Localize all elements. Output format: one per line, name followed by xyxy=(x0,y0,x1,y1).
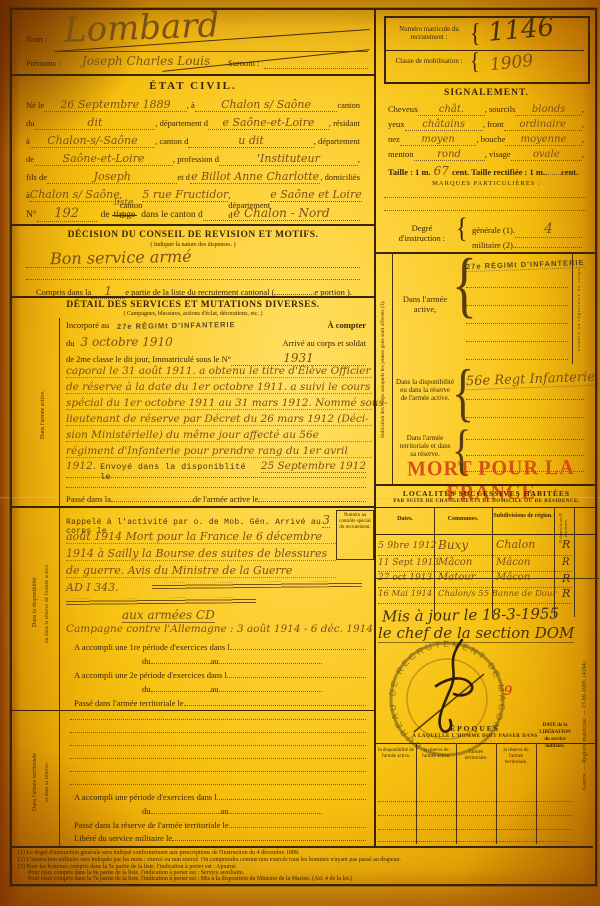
svc-line-3: de 2me classe le dit jour, Immatriculé s… xyxy=(66,351,366,366)
ec-print: , xyxy=(358,154,360,164)
ec-print: , profession d xyxy=(173,154,219,164)
campagne-line: Campagne contre l'Allemagne : 3 août 191… xyxy=(66,623,372,635)
vertical-label-territoriale-2: et dans sa réserve. xyxy=(44,728,50,836)
affect-r2-value: 56e Regt Infanterie xyxy=(466,370,595,390)
sig-print: Cheveux xyxy=(388,104,418,114)
ec-print: , domiciliés xyxy=(320,172,360,182)
blank xyxy=(545,165,561,175)
section-rule xyxy=(376,252,597,254)
sig-hand: ovale xyxy=(511,149,582,161)
blank xyxy=(515,238,582,248)
blank-line xyxy=(26,278,360,280)
footnote-5: Pour ceux compris dans la 7e partie de l… xyxy=(28,876,588,883)
svc-hand: 1931 xyxy=(231,351,366,366)
loc-row-commune: Matour xyxy=(438,572,475,583)
vertical-label-disponibilite: Dans la disponibilité xyxy=(32,522,39,682)
blank-line xyxy=(466,438,584,440)
brace: { xyxy=(470,17,481,48)
p2-print: A accompli une 2e période d'exercices da… xyxy=(74,670,227,680)
section-rule xyxy=(376,484,597,486)
surnom-label: Surnom : xyxy=(228,58,259,68)
sig-print: menton xyxy=(388,149,414,159)
sig-print: , xyxy=(582,149,584,159)
matricule-number-value: 1146 xyxy=(487,12,556,48)
taille-print: cent. xyxy=(561,167,578,177)
ec-line-1: Né le 26 Septembre 1889 , à Chalon s/ Sa… xyxy=(26,98,360,112)
section-rule xyxy=(12,296,374,298)
ec-print: , à xyxy=(187,100,195,110)
sig-line-2: yeux châtains , front ordinaire , xyxy=(388,119,584,131)
tirage-print: N° xyxy=(26,210,37,221)
vertical-label-territoriale: Dans l'armée territoriale xyxy=(32,722,39,842)
mise-a-jour-line-1: Mis à jour le 18-3-1955 xyxy=(382,604,559,625)
ep-col-2: la réserve de l'armée active. xyxy=(417,748,455,760)
svc-hand: 3 octobre 1910 xyxy=(81,335,173,349)
ec-print: de xyxy=(26,154,34,164)
svc-dispo-line: 1912. Envoyé dans la disponiblité le 25 … xyxy=(66,460,366,482)
ec-hand: u dit xyxy=(188,134,313,148)
rappel-hand-line: août 1914 Mort pour la France le 6 décem… xyxy=(66,530,336,544)
marques-label: MARQUES PARTICULIÈRES : xyxy=(376,180,597,187)
crossed-out-text xyxy=(152,581,362,589)
blank xyxy=(184,696,366,706)
sig-hand: châtains xyxy=(405,119,483,131)
sig-hand: blonds xyxy=(515,104,581,116)
localites-title: LOCALITÉS SUCCESSIVES HABITÉES xyxy=(376,489,597,498)
rappel-hand: 3 xyxy=(322,513,330,528)
left-column: Nom : Lombard Prénoms : Joseph Charles L… xyxy=(12,10,374,846)
loc-row-dr: R xyxy=(562,572,570,585)
loc-vline-2 xyxy=(492,507,493,617)
loc-row-line xyxy=(378,554,572,556)
tirage-row: N° 192 de tirage liste dans le canton d … xyxy=(26,206,360,222)
sig-hand: rond xyxy=(414,149,485,161)
loc-row-commune: Mâcon xyxy=(438,557,472,568)
red-registry-mark: 9 xyxy=(504,684,512,699)
matricule-box: Numéro matricule du recrutement : { 1146… xyxy=(384,16,590,84)
blank-line xyxy=(466,358,568,360)
nom-label: Nom : xyxy=(26,34,48,44)
s3-print: A accompli une période d'exercices dans … xyxy=(74,792,217,802)
ep-col-1: la disponibilité de l'armée active. xyxy=(377,748,415,760)
blank xyxy=(217,790,366,800)
blank-line xyxy=(466,398,584,400)
brace: { xyxy=(470,49,480,77)
rappel-hand-line: de guerre. Avis du Ministre de la Guerre xyxy=(66,564,336,578)
svc-typed: Envoyé dans la disponiblité le xyxy=(100,462,261,482)
classe-value: 1909 xyxy=(489,51,534,75)
footnote-1: (1) Le degré d'instruction générale sera… xyxy=(18,850,588,857)
loc-row-dr: R xyxy=(562,587,570,600)
passe-active-row: Passé dans la de l'armée active le xyxy=(66,492,366,504)
svc-hand-line: sion Ministérielle) du même jour affecté… xyxy=(66,429,372,442)
libere-row: Libéré du service militaire le xyxy=(74,831,366,843)
sig-print: , visage xyxy=(485,149,511,159)
svc-print: de 2me classe le dit jour, Immatriculé s… xyxy=(66,354,231,364)
matricule-number-row: Numéro matricule du recrutement : { 1146 xyxy=(386,18,584,51)
blank xyxy=(151,682,211,692)
loc-vline-3 xyxy=(554,507,555,617)
taille-row: Taille : 1 m. 67 cent. Taille rectifiée … xyxy=(388,164,584,178)
footnote-2: (2) L'instruction militaire sera indiqué… xyxy=(18,857,588,864)
s3-print: Passé dans la réserve de l'armée territo… xyxy=(74,820,229,830)
affect-left-vline xyxy=(392,252,393,484)
rappel-hand-line: AD I 343. xyxy=(66,581,146,594)
svc-print: Passé dans la xyxy=(66,494,111,504)
prenoms-label: Prénoms : xyxy=(26,58,60,68)
sig-print: , xyxy=(582,104,584,114)
sig-line-1: Cheveux chât. , sourcils blonds , xyxy=(388,104,584,116)
svc-hand-line: régiment d'Infanterie pour prendre rang … xyxy=(66,445,372,458)
svc-print: de l'armée active le xyxy=(193,494,258,504)
rappel-hand-line: 1914 à Sailly la Bourse des suites de bl… xyxy=(66,547,336,561)
recruitment-round-stamp: BUREAU DE RECRUTEMENT DE MACON xyxy=(384,634,514,764)
ep-row-line xyxy=(378,800,572,802)
sig-print: , sourcils xyxy=(485,104,516,114)
ec-print: fils de xyxy=(26,172,47,182)
blank xyxy=(219,654,322,664)
blank-line xyxy=(70,783,366,785)
tirage-canton: e Chalon - Nord xyxy=(203,206,360,221)
loc-row-date: 11 Sept 1913 xyxy=(378,558,439,568)
loc-row-date: 16 Mai 1914 xyxy=(378,589,432,599)
degre-militaire-label: militaire (2). xyxy=(472,240,515,250)
sig-print: yeux xyxy=(388,119,405,129)
footnotes: (1) Le degré d'instruction générale sera… xyxy=(12,846,593,884)
sig-line-4: menton rond , visage ovale , xyxy=(388,149,584,161)
sig-hand: chât. xyxy=(418,104,484,116)
loc-row-dr: R xyxy=(562,557,570,568)
regiment-stamp: 27e RÉGIMt D'INFANTERIE xyxy=(117,320,236,331)
affect-r2-label: Dans la disponibilité ou dans la réserve… xyxy=(396,378,454,402)
affect-right-vline xyxy=(572,252,573,364)
blank-line xyxy=(466,322,568,324)
svc-hand: 1912. xyxy=(66,460,96,472)
ec-hand: dit xyxy=(35,116,156,130)
services-subtitle: ( Campagnes, blessures, actions d'éclat,… xyxy=(12,311,374,318)
ec-print: canton xyxy=(337,100,360,110)
taille-print: Taille : 1 m. xyxy=(388,167,431,177)
localites-subtitle: PAR SUITE DE CHANGEMENTS DE DOMICILE OU … xyxy=(376,499,597,504)
periode2-row: A accompli une 2e période d'exercices da… xyxy=(74,668,366,680)
blank xyxy=(151,804,221,814)
ec-hand: Chalon s/ Saône xyxy=(195,98,338,112)
ep-row-line xyxy=(378,840,572,842)
territoriale-periode-row: A accompli une période d'exercices dans … xyxy=(74,790,366,802)
sig-print: , xyxy=(582,134,584,144)
ec-print: du xyxy=(26,118,35,128)
ec-print: , département xyxy=(314,136,360,146)
blank-line xyxy=(70,744,366,746)
ec-line-2: du dit , département d e Saône-et-Loire … xyxy=(26,116,360,130)
ec-hand: Joseph xyxy=(47,170,177,184)
margin-imprint: Guerre. — Registre matricule. — 17-89-19… xyxy=(582,610,588,842)
loc-row-subdivision: Mâcon xyxy=(496,572,530,583)
loc-row-subdivision: Mâcon xyxy=(496,557,530,568)
matricule-number-label: Numéro matricule du recrutement : xyxy=(390,25,468,41)
loc-row-commune: Chalon/s 55 Banne de Dour xyxy=(438,589,556,599)
periode1-row: A accompli une 1re période d'exercices d… xyxy=(74,640,366,652)
loc-row-date: 5 9bre 1912 xyxy=(378,540,437,551)
ep-row-line xyxy=(378,828,572,830)
nom-underline xyxy=(56,51,368,52)
svc-hand-line: spécial du 1er octobre 1911 au 31 mars 1… xyxy=(66,397,372,410)
tirage-correction: liste xyxy=(114,198,133,208)
taille-value: 67 xyxy=(434,164,449,178)
passe-territoriale-row: Passé dans l'armée territoriale le xyxy=(74,696,366,708)
svc-hand-line: lieutenant de réserve par Décret du 26 m… xyxy=(66,413,372,426)
svc-line-2: du 3 octobre 1910 Arrivé au corps et sol… xyxy=(66,335,366,349)
ec-print: , canton d xyxy=(155,136,188,146)
ec-hand: e Billot Anne Charlotte xyxy=(190,170,320,184)
blank-line xyxy=(384,196,586,198)
loc-row-line xyxy=(378,602,572,604)
blank xyxy=(229,804,322,814)
degre-label: Degré d'instruction : xyxy=(390,223,454,243)
etat-civil-title: ÉTAT CIVIL. xyxy=(12,80,374,92)
loc-header-rule xyxy=(376,534,597,535)
surnom-blank xyxy=(264,67,368,69)
blank xyxy=(111,492,193,502)
degre-generale-label: générale (1). xyxy=(472,225,515,235)
tirage-print: dans le canton d xyxy=(141,210,202,221)
crossed-out-text xyxy=(66,597,256,605)
tirage-print: de xyxy=(101,210,110,221)
loc-row-dr: R xyxy=(562,538,570,551)
sig-print: , front xyxy=(483,119,504,129)
passe-print: Passé dans l'armée territoriale le xyxy=(74,698,184,708)
svc-hand-line: de réserve à la date du 1er octobre 1911… xyxy=(66,381,372,394)
right-column: Numéro matricule du recrutement : { 1146… xyxy=(374,10,595,846)
decision-value: Bon service armé xyxy=(50,247,192,268)
blank-line xyxy=(384,209,586,211)
svc-print: Arrivé au corps et soldat xyxy=(282,338,366,348)
affect-r1-label: Dans l'armée active, xyxy=(396,294,454,314)
loc-header-subdivisions: Subdivisions de région. xyxy=(492,513,554,520)
blank xyxy=(151,654,211,664)
margin-vline xyxy=(59,318,60,846)
military-register-sheet: Nom : Lombard Prénoms : Joseph Charles L… xyxy=(0,0,600,906)
loc-row-line xyxy=(378,586,572,588)
blank xyxy=(172,831,366,841)
du-print: du xyxy=(142,656,151,666)
sig-hand: moyen xyxy=(400,134,477,146)
sig-print: , xyxy=(582,119,584,129)
au-print: au xyxy=(221,806,229,816)
controle-special-box: Numéro au contrôle spécial du recrutemen… xyxy=(336,510,374,560)
ec-line-4: de Saône-et-Loire , profession d 'Instit… xyxy=(26,152,360,166)
tirage-struck-word: tirage xyxy=(114,210,136,221)
classe-row: Classe de mobilisation : { 1909 xyxy=(386,51,584,79)
territoriale-dates: du au xyxy=(142,804,322,816)
blank-line xyxy=(466,340,568,342)
taille-print: cent. Taille rectifiée : 1 m. xyxy=(452,167,545,177)
brace: { xyxy=(456,213,468,245)
vertical-label-disponibilite-2: ou dans la réserve de l'armée active. xyxy=(44,518,50,688)
controle-special-label: Numéro au contrôle spécial du recrutemen… xyxy=(337,511,373,533)
services-title: DÉTAIL DES SERVICES ET MUTATIONS DIVERSE… xyxy=(12,300,374,310)
affect-r1-stamp: 27e RÉGIMt D'INFANTERIE xyxy=(466,258,585,272)
degre-militaire-row: militaire (2). xyxy=(472,238,582,250)
du-print: du xyxy=(142,684,151,694)
svc-line-1: Incorporé au 27e RÉGIMt D'INFANTERIE À c… xyxy=(66,320,366,330)
tirage-number: 192 xyxy=(37,206,97,222)
ec-hand: Chalon-s/-Saône xyxy=(30,134,155,148)
loc-row-subdivision: Chalon xyxy=(496,538,535,551)
svc-print: du xyxy=(66,338,75,348)
prenoms-value: Joseph Charles Louis xyxy=(82,54,210,68)
blank-line xyxy=(70,718,366,720)
ec-line-5: fils de Joseph et d e Billot Anne Charlo… xyxy=(26,170,360,184)
blank-line xyxy=(26,266,360,268)
svc-print: Incorporé au xyxy=(66,320,109,330)
sig-print: nez xyxy=(388,134,400,144)
section-rule xyxy=(12,506,374,508)
section-rule xyxy=(12,224,374,226)
s3-print: Libéré du service militaire le xyxy=(74,833,172,843)
header-rule xyxy=(12,74,374,76)
ec-line-3: à Chalon-s/-Saône , canton d u dit , dép… xyxy=(26,134,360,148)
blank-line xyxy=(70,731,366,733)
degre-generale-row: générale (1). 4 xyxy=(472,221,582,238)
ec-hand: e Saône et Loire xyxy=(270,188,361,202)
loc-header-dates: Dates. xyxy=(376,516,434,523)
loc-vline-4 xyxy=(574,507,575,617)
periode2-dates: du au xyxy=(142,682,322,694)
blank-line xyxy=(466,304,568,306)
blank xyxy=(258,492,366,502)
blank xyxy=(274,285,314,295)
ec-print: et d xyxy=(177,172,190,182)
blank-line xyxy=(70,770,366,772)
sig-hand: ordinaire xyxy=(504,119,582,131)
ec-print: , département d xyxy=(155,118,208,128)
ec-hand: e Saône-et-Loire xyxy=(208,116,329,130)
ec-hand: 'Instituteur xyxy=(219,152,358,166)
ec-hand: Chalon s/ Saône xyxy=(30,188,120,202)
blank-line xyxy=(66,476,366,478)
blank-line xyxy=(466,286,568,288)
ec-print: Né le xyxy=(26,100,44,110)
du-print: du xyxy=(142,806,151,816)
ec-hand: Saône-et-Loire xyxy=(34,152,173,166)
ep-col-3: l'armée territoriale. xyxy=(457,750,495,762)
affect-r3-label: Dans l'armée territoriale et dans sa rés… xyxy=(396,434,454,458)
ep-col-date: DATE de la LIBÉRATION du service militai… xyxy=(537,722,573,750)
sig-hand: moyenne xyxy=(505,134,582,146)
signalement-title: SIGNALEMENT. xyxy=(376,88,597,98)
affect-left-vertical-label: Indication des corps auxquels les jeunes… xyxy=(380,258,386,480)
svc-print: À compter xyxy=(328,320,366,330)
blank xyxy=(230,640,366,650)
ec-print: , résidant xyxy=(329,118,360,128)
ep-row-line xyxy=(378,814,572,816)
aux-armees-note: aux armées CD xyxy=(122,608,215,623)
au-print: au xyxy=(211,656,219,666)
affect-right-vertical-label: numéro au répertoire du corps. xyxy=(576,258,581,358)
svc-hand: 25 Septembre 1912 xyxy=(261,460,366,473)
loc-row-commune: Buxy xyxy=(438,538,468,552)
localites-top-rule xyxy=(376,507,597,508)
blank xyxy=(229,818,366,828)
ep-col-4: la réserve de l'armée territoriale. xyxy=(497,748,535,766)
blank xyxy=(227,668,366,678)
loc-header-communes: Communes. xyxy=(434,516,492,523)
au-print: au xyxy=(211,684,219,694)
p1-print: A accompli une 1re période d'exercices d… xyxy=(74,642,230,652)
decision-title: DÉCISION DU CONSEIL DE REVISION ET MOTIF… xyxy=(12,230,374,240)
svc-hand-line: caporal le 31 août 1911. a obtenu le tit… xyxy=(66,365,372,378)
blank xyxy=(219,682,322,692)
blank-line xyxy=(66,486,366,488)
degre-generale-value: 4 xyxy=(515,221,582,238)
ec-hand: 26 Septembre 1889 xyxy=(44,98,187,112)
ec-hand: 5 rue Fructidor xyxy=(142,188,228,202)
vertical-label-armee-active: Dans l'armée active. xyxy=(40,340,47,490)
form-frame: Nom : Lombard Prénoms : Joseph Charles L… xyxy=(10,8,597,886)
passe-reserve-territoriale-row: Passé dans la réserve de l'armée territo… xyxy=(74,818,366,830)
signature xyxy=(436,640,472,732)
periode1-dates: du au xyxy=(142,654,322,666)
blank-line xyxy=(70,757,366,759)
sig-line-3: nez moyen , bouche moyenne , xyxy=(388,134,584,146)
sig-print: , bouche xyxy=(476,134,505,144)
blank-line xyxy=(466,416,584,418)
classe-label: Classe de mobilisation : xyxy=(390,57,468,65)
section-rule xyxy=(12,710,374,711)
